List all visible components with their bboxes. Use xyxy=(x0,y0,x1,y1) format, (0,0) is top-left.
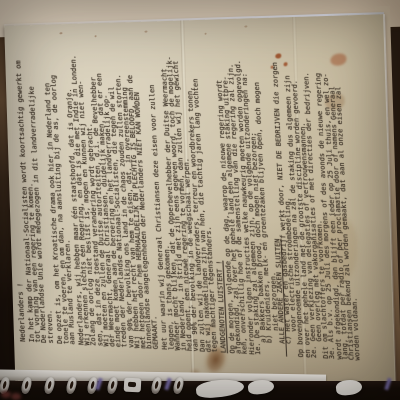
speck xyxy=(59,32,62,34)
typed-text: Nederlanders !In het kamp der Nationaal-… xyxy=(5,42,361,361)
binding-spot xyxy=(11,393,21,400)
binding-rect-ring xyxy=(124,378,142,393)
speck xyxy=(144,31,147,33)
document-sheet: Nederlanders !In het kamp der Nationaal-… xyxy=(4,14,396,400)
binding-spot xyxy=(1,391,11,398)
photo-of-document: Nederlanders !In het kamp der Nationaal-… xyxy=(0,0,400,400)
speck xyxy=(244,25,247,27)
speck xyxy=(205,33,207,35)
typed-text-lines: Nederlanders !In het kamp der Nationaal-… xyxy=(5,42,360,361)
speck xyxy=(95,35,97,37)
